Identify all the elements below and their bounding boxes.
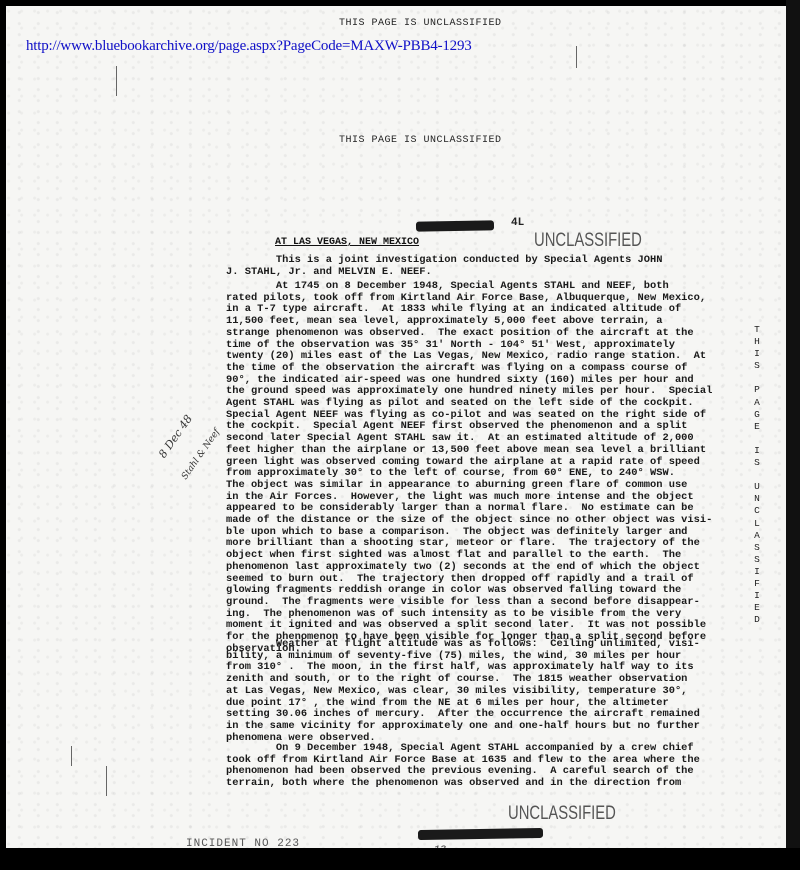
scan-artifact	[71, 746, 72, 766]
scan-artifact	[576, 46, 577, 68]
scan-border-bottom	[0, 848, 800, 870]
redaction-bar	[416, 220, 494, 231]
scan-border-right	[786, 0, 800, 870]
paragraph-observation: At 1745 on 8 December 1948, Special Agen…	[226, 281, 638, 656]
unclassified-stamp-bottom: UNCLASSIFIED	[508, 803, 616, 825]
unclassified-stamp-top: UNCLASSIFIED	[534, 230, 642, 252]
classification-header-top: THIS PAGE IS UNCLASSIFIED	[339, 18, 502, 29]
side-classification-stamp: T H I S P A G E I S U N C L A S S I F I …	[750, 324, 764, 626]
scanned-document-page: THIS PAGE IS UNCLASSIFIED http://www.blu…	[6, 6, 794, 850]
redaction-bar-bottom	[418, 828, 543, 840]
paragraph-weather: Weather at flight altitude was as follow…	[226, 639, 638, 744]
section-mark: 4L	[511, 217, 524, 229]
source-url-link[interactable]: http://www.bluebookarchive.org/page.aspx…	[26, 38, 472, 55]
paragraph-search: On 9 December 1948, Special Agent STAHL …	[226, 743, 638, 790]
handwritten-date-note: 8 Dec 48	[156, 412, 195, 460]
report-title: AT LAS VEGAS, NEW MEXICO	[275, 237, 419, 248]
handwritten-names-note: Stahl & Neef	[180, 427, 222, 481]
scan-artifact	[116, 66, 117, 96]
classification-header: THIS PAGE IS UNCLASSIFIED	[339, 135, 502, 146]
scan-artifact	[106, 766, 107, 796]
paragraph-intro: This is a joint investigation conducted …	[226, 255, 638, 278]
